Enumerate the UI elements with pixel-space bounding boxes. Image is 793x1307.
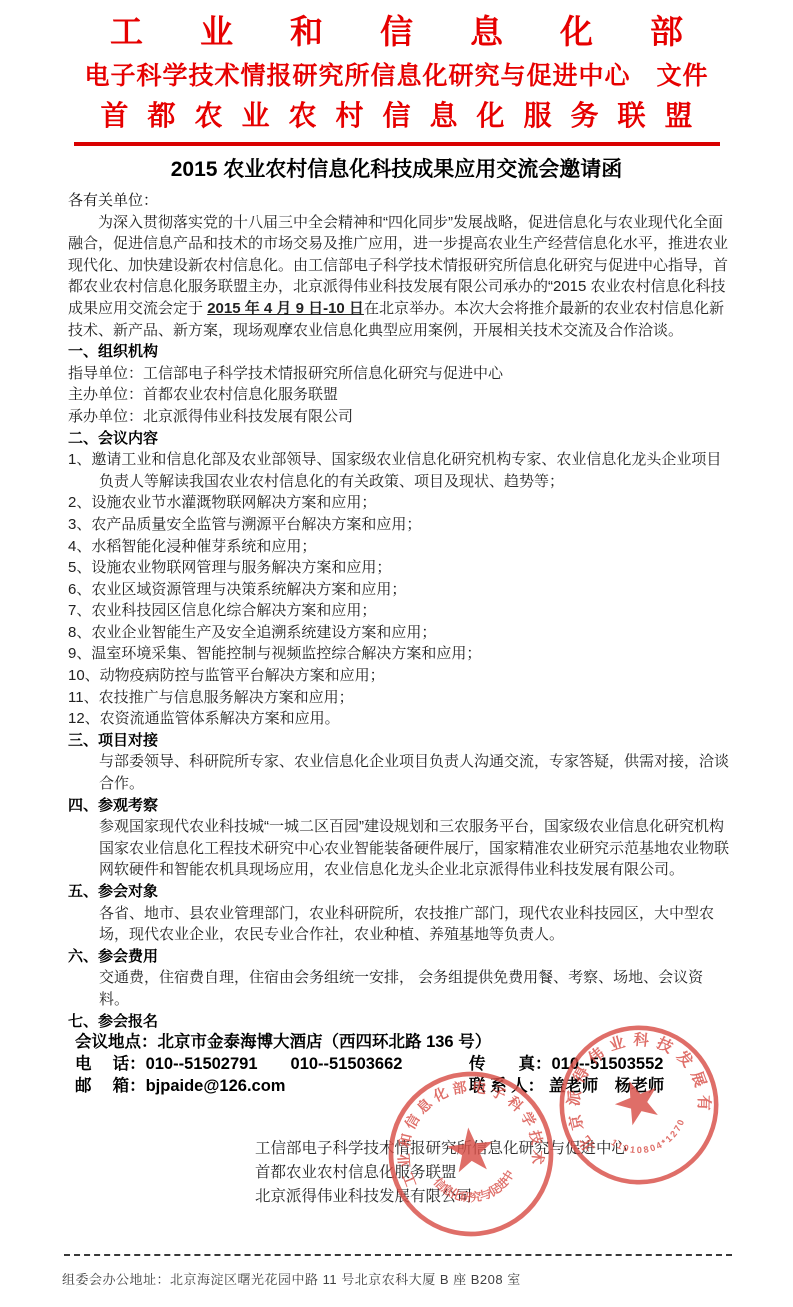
letterhead-line-ministry: 工业和信息化部 [0,13,793,51]
contact-venue: 会议地点：北京市金泰海博大酒店（西四环北路 136 号） [75,1032,491,1054]
event-date: 2015 年 4 月 9 日-10 日 [207,300,364,317]
content-item: 7、农业科技园区信息化综合解决方案和应用； [68,600,730,622]
content-item: 2、设施农业节水灌溉物联网解决方案和应用； [68,492,730,514]
section-heading-6: 六、参会费用 [68,946,730,968]
letterhead-line-institute: 电子科学技术情报研究所信息化研究与促进中心 文件 [0,59,793,93]
content-item: 11、农技推广与信息服务解决方案和应用； [68,687,730,709]
star-icon [609,1073,666,1129]
section-5-body: 各省、地市、县农业管理部门，农业科研院所，农技推广部门，现代农业科技园区，大中型… [68,903,730,946]
seal-number-text: 11010804*1270 [607,1110,693,1168]
footer-address: 组委会办公地址：北京海淀区曙光花园中路 11 号北京农科大厦 B 座 B208 … [62,1269,521,1288]
section-3-body: 与部委领导、科研院所专家、农业信息化企业项目负责人沟通交流，专家答疑，供需对接，… [68,751,730,794]
content-item: 10、动物疫病防控与监管平台解决方案和应用； [68,665,730,687]
content-item: 9、温室环境采集、智能控制与视频监控综合解决方案和应用； [68,643,730,665]
org-line-guidance: 指导单位：工信部电子科学技术情报研究所信息化研究与促进中心 [68,363,730,385]
seal-ring-text: 工业和信息化部电子科学技术情报研究所 [376,1059,549,1191]
salutation: 各有关单位： [68,190,730,212]
seal-institute: 工业和信息化部电子科学技术情报研究所 信息化研究与促进中心 [376,1059,565,1248]
org-line-host: 主办单位：首都农业农村信息化服务联盟 [68,384,730,406]
star-icon [445,1125,495,1173]
section-heading-1: 一、组织机构 [68,341,730,363]
content-item: 6、农业区域资源管理与决策系统解决方案和应用； [68,579,730,601]
content-item: 12、农资流通监管体系解决方案和应用。 [68,708,730,730]
content-item: 1、邀请工业和信息化部及农业部领导、国家级农业信息化研究机构专家、农业信息化龙头… [68,449,730,492]
contact-phone: 电 话：010--51502791 010--51503662 [75,1054,469,1076]
document-title: 2015 农业农村信息化科技成果应用交流会邀请函 [0,157,793,183]
letterhead-line-alliance: 首都农业农村信息化服务联盟 [0,99,793,133]
letterhead: 工业和信息化部 电子科学技术情报研究所信息化研究与促进中心 文件 首都农业农村信… [0,0,793,146]
section-heading-2: 二、会议内容 [68,428,730,450]
document-body: 各有关单位： 为深入贯彻落实党的十八届三中全会精神和“四化同步”发展战略，促进信… [68,190,730,1098]
content-item: 4、水稻智能化浸种催芽系统和应用； [68,536,730,558]
content-item: 5、设施农业物联网管理与服务解决方案和应用； [68,557,730,579]
section-6-body: 交通费，住宿费自理，住宿由会务组统一安排， 会务组提供免费用餐、考察、场地、会议… [68,967,730,1010]
section-heading-5: 五、参会对象 [68,881,730,903]
content-item: 3、农产品质量安全监管与溯源平台解决方案和应用； [68,514,730,536]
org-line-organizer: 承办单位：北京派得伟业科技发展有限公司 [68,406,730,428]
red-rule-divider [74,142,720,146]
intro-paragraph: 为深入贯彻落实党的十八届三中全会精神和“四化同步”发展战略，促进信息化与农业现代… [68,212,730,342]
content-item: 8、农业企业智能生产及安全追溯系统建设方案和应用； [68,622,730,644]
section-heading-4: 四、参观考察 [68,795,730,817]
document-page: 工业和信息化部 电子科学技术情报研究所信息化研究与促进中心 文件 首都农业农村信… [0,0,793,1307]
dashed-divider [64,1254,732,1256]
section-heading-3: 三、项目对接 [68,730,730,752]
section-4-body: 参观国家现代农业科技城“一城二区百园”建设规划和三农服务平台，国家级农业信息化研… [68,816,730,881]
